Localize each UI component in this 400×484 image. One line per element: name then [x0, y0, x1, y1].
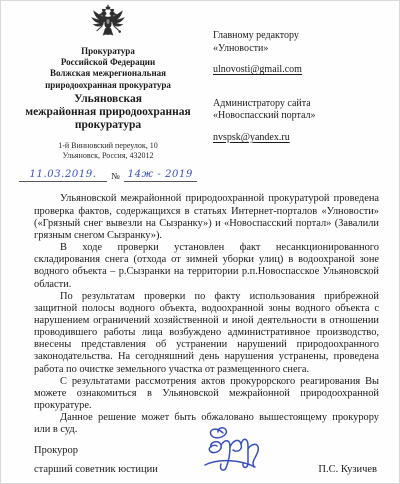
signature-ink-icon: [199, 423, 273, 473]
signature-block: Прокурор старший советник юстиции П.С. К…: [34, 423, 377, 476]
recipient-role: Главному редактору: [213, 30, 391, 43]
signer-rank: старший советник юстиции: [34, 464, 158, 476]
signer-name: П.С. Кузичев: [318, 464, 377, 475]
reference-line: 11.03.2019. № 14ж - 2019: [13, 169, 203, 182]
org-line: Российской Федерации: [13, 57, 203, 68]
postal-address: 1-й Винновский переулок, 10 Ульяновск, Р…: [13, 141, 203, 161]
recipient-org: «Новоспасский портал»: [213, 110, 391, 123]
org-line: Волжская межрегиональная: [13, 68, 203, 79]
recipient: Администратору сайта «Новоспасский порта…: [213, 98, 391, 145]
org-line: природоохранная прокуратура: [13, 80, 203, 91]
body-paragraph: В ходе проверки установлен факт несанкци…: [34, 242, 379, 291]
division-line: прокуратура: [13, 119, 203, 132]
coat-of-arms-icon: [89, 4, 127, 44]
body-paragraph: По результатам проверки по факту использ…: [34, 291, 379, 376]
signer-position: Прокурор: [34, 445, 158, 457]
recipient-org: «Улновости»: [213, 43, 391, 56]
recipients-block: Главному редактору «Улновости» ulnovosti…: [213, 4, 391, 182]
letter-body: Ульяновской межрайонной природоохранной …: [34, 193, 379, 436]
signature-autograph: [199, 423, 273, 478]
ref-number-handwritten: 14ж - 2019: [124, 169, 197, 182]
body-paragraph: С результатами рассмотрения актов прокур…: [34, 376, 379, 412]
letterhead-block: Прокуратура Российской Федерации Волжска…: [13, 4, 203, 182]
org-line: Прокуратура: [13, 46, 203, 57]
ref-date-handwritten: 11.03.2019.: [19, 169, 107, 182]
division-name: Ульяновская межрайонная природоохранная …: [13, 93, 203, 132]
recipient-email: nvspsk@yandex.ru: [213, 132, 391, 145]
scanned-letter-page: Прокуратура Российской Федерации Волжска…: [0, 0, 400, 484]
address-line: 1-й Винновский переулок, 10: [13, 141, 203, 151]
letter-header: Прокуратура Российской Федерации Волжска…: [1, 1, 399, 182]
address-line: Ульяновск, Россия, 432012: [13, 151, 203, 161]
recipient-role: Администратору сайта: [213, 98, 391, 111]
recipient: Главному редактору «Улновости» ulnovosti…: [213, 30, 391, 77]
signer-titles: Прокурор старший советник юстиции: [34, 445, 158, 476]
body-paragraph: Ульяновской межрайонной природоохранной …: [34, 193, 379, 242]
ref-number-sign: №: [111, 171, 120, 181]
division-line: межрайонная природоохранная: [13, 106, 203, 119]
division-line: Ульяновская: [13, 93, 203, 106]
recipient-email: ulnovosti@gmail.com: [213, 64, 391, 77]
